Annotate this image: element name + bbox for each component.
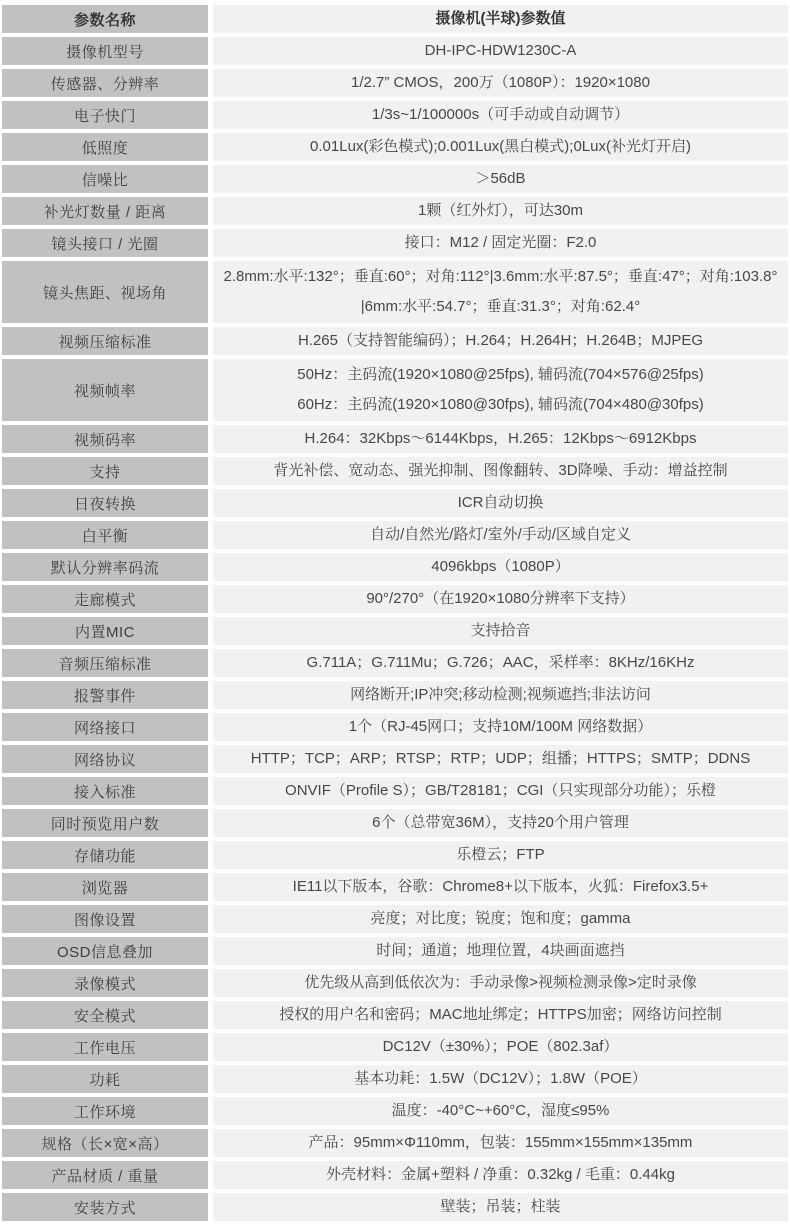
table-row: 日夜转换 ICR自动切换 [2,489,788,517]
table-row: 存储功能 乐橙云；FTP [2,841,788,869]
param-name-cell: 工作环境 [2,1097,208,1125]
table-row: 镜头接口 / 光圈 接口：M12 / 固定光圈：F2.0 [2,229,788,257]
table-row: 补光灯数量 / 距离 1颗（红外灯），可达30m [2,197,788,225]
param-name-cell: 视频帧率 [2,359,208,421]
table-row: 视频码率 H.264：32Kbps～6144Kbps，H.265：12Kbps～… [2,425,788,453]
param-value-cell: 基本功耗：1.5W（DC12V）；1.8W（POE） [213,1065,788,1093]
param-value-cell: 支持拾音 [213,617,788,645]
table-row: 浏览器 IE11以下版本，谷歌：Chrome8+以下版本，火狐：Firefox3… [2,873,788,901]
param-name-cell: 低照度 [2,133,208,161]
param-name-cell: 内置MIC [2,617,208,645]
table-row: 走廊模式 90°/270°（在1920×1080分辨率下支持） [2,585,788,613]
param-value-cell: 1个（RJ-45网口；支持10M/100M 网络数据） [213,713,788,741]
param-name-cell: 规格（长×宽×高） [2,1129,208,1157]
param-name-cell: 信噪比 [2,165,208,193]
table-row: 网络协议 HTTP；TCP；ARP；RTSP；RTP；UDP；组播；HTTPS；… [2,745,788,773]
table-row: 摄像机型号 DH-IPC-HDW1230C-A [2,37,788,65]
param-value-cell: 壁装；吊装；柱装 [213,1193,788,1221]
param-name-cell: 浏览器 [2,873,208,901]
param-value-cell: 1/3s~1/100000s（可手动或自动调节） [213,101,788,129]
table-row: 镜头焦距、视场角 2.8mm:水平:132°；垂直:60°；对角:112°|3.… [2,261,788,323]
table-row: 低照度 0.01Lux(彩色模式);0.001Lux(黑白模式);0Lux(补光… [2,133,788,161]
param-value-cell: 授权的用户名和密码；MAC地址绑定；HTTPS加密；网络访问控制 [213,1001,788,1029]
param-name-cell: 电子快门 [2,101,208,129]
param-name-cell: 补光灯数量 / 距离 [2,197,208,225]
param-name-cell: 存储功能 [2,841,208,869]
table-row: 报警事件 网络断开;IP冲突;移动检测;视频遮挡;非法访问 [2,681,788,709]
param-value-cell: 温度：-40°C~+60°C，湿度≤95% [213,1097,788,1125]
table-row: 视频压缩标准 H.265（支持智能编码）；H.264；H.264H；H.264B… [2,327,788,355]
table-row: 同时预览用户数 6个（总带宽36M），支持20个用户管理 [2,809,788,837]
param-name-cell: 产品材质 / 重量 [2,1161,208,1189]
param-value-cell: 自动/自然光/路灯/室外/手动/区域自定义 [213,521,788,549]
param-value-cell: HTTP；TCP；ARP；RTSP；RTP；UDP；组播；HTTPS；SMTP；… [213,745,788,773]
table-row: 接入标准 ONVIF（Profile S）；GB/T28181；CGI（只实现部… [2,777,788,805]
table-row: 安装方式 壁装；吊装；柱装 [2,1193,788,1221]
table-row: OSD信息叠加 时间；通道；地理位置，4块画面遮挡 [2,937,788,965]
param-value-cell: 90°/270°（在1920×1080分辨率下支持） [213,585,788,613]
param-value-cell: 2.8mm:水平:132°；垂直:60°；对角:112°|3.6mm:水平:87… [213,261,788,323]
param-name-cell: 接入标准 [2,777,208,805]
table-row: 支持 背光补偿、宽动态、强光抑制、图像翻转、3D降噪、手动：增益控制 [2,457,788,485]
table-row: 录像模式 优先级从高到低依次为：手动录像>视频检测录像>定时录像 [2,969,788,997]
param-value-cell: 乐橙云；FTP [213,841,788,869]
param-value-cell: 时间；通道；地理位置，4块画面遮挡 [213,937,788,965]
param-name-cell: 功耗 [2,1065,208,1093]
param-name-cell: 支持 [2,457,208,485]
table-row: 安全模式 授权的用户名和密码；MAC地址绑定；HTTPS加密；网络访问控制 [2,1001,788,1029]
param-value-cell: 1颗（红外灯），可达30m [213,197,788,225]
param-value-cell: 50Hz：主码流(1920×1080@25fps), 辅码流(704×576@2… [213,359,788,421]
param-value-cell: DC12V（±30%）；POE（802.3af） [213,1033,788,1061]
param-name-cell: 网络协议 [2,745,208,773]
camera-spec-table: 参数名称 摄像机(半球)参数值 摄像机型号 DH-IPC-HDW1230C-A … [0,0,790,1225]
param-name-cell: 同时预览用户数 [2,809,208,837]
header-param-value-cell: 摄像机(半球)参数值 [213,5,788,33]
table-row: 图像设置 亮度；对比度；锐度；饱和度；gamma [2,905,788,933]
param-value-cell: 优先级从高到低依次为：手动录像>视频检测录像>定时录像 [213,969,788,997]
table-row: 音频压缩标准 G.711A；G.711Mu；G.726；AAC，采样率：8KHz… [2,649,788,677]
param-name-cell: 走廊模式 [2,585,208,613]
param-value-cell: ONVIF（Profile S）；GB/T28181；CGI（只实现部分功能）；… [213,777,788,805]
param-value-cell: H.264：32Kbps～6144Kbps，H.265：12Kbps～6912K… [213,425,788,453]
param-value-cell: 产品：95mm×Φ110mm，包装：155mm×155mm×135mm [213,1129,788,1157]
param-value-cell: 亮度；对比度；锐度；饱和度；gamma [213,905,788,933]
param-name-cell: 录像模式 [2,969,208,997]
param-name-cell: 安全模式 [2,1001,208,1029]
table-row: 规格（长×宽×高） 产品：95mm×Φ110mm，包装：155mm×155mm×… [2,1129,788,1157]
table-row: 工作电压 DC12V（±30%）；POE（802.3af） [2,1033,788,1061]
param-name-cell: 白平衡 [2,521,208,549]
param-value-cell: 0.01Lux(彩色模式);0.001Lux(黑白模式);0Lux(补光灯开启) [213,133,788,161]
param-value-cell: DH-IPC-HDW1230C-A [213,37,788,65]
param-value-cell: 1/2.7” CMOS，200万（1080P）：1920×1080 [213,69,788,97]
param-value-cell: G.711A；G.711Mu；G.726；AAC，采样率：8KHz/16KHz [213,649,788,677]
param-value-cell: H.265（支持智能编码）；H.264；H.264H；H.264B；MJPEG [213,327,788,355]
param-name-cell: 日夜转换 [2,489,208,517]
table-row: 产品材质 / 重量 外壳材料：金属+塑料 / 净重：0.32kg / 毛重：0.… [2,1161,788,1189]
param-name-cell: 工作电压 [2,1033,208,1061]
param-name-cell: 网络接口 [2,713,208,741]
param-name-cell: 摄像机型号 [2,37,208,65]
table-row: 功耗 基本功耗：1.5W（DC12V）；1.8W（POE） [2,1065,788,1093]
param-value-cell: ICR自动切换 [213,489,788,517]
param-name-cell: 镜头焦距、视场角 [2,261,208,323]
param-value-cell: 背光补偿、宽动态、强光抑制、图像翻转、3D降噪、手动：增益控制 [213,457,788,485]
table-header-row: 参数名称 摄像机(半球)参数值 [2,5,788,33]
param-name-cell: 默认分辨率码流 [2,553,208,581]
param-value-cell: ＞56dB [213,165,788,193]
param-value-cell: IE11以下版本，谷歌：Chrome8+以下版本，火狐：Firefox3.5+ [213,873,788,901]
table-row: 工作环境 温度：-40°C~+60°C，湿度≤95% [2,1097,788,1125]
param-name-cell: 安装方式 [2,1193,208,1221]
table-row: 视频帧率 50Hz：主码流(1920×1080@25fps), 辅码流(704×… [2,359,788,421]
param-value-cell: 外壳材料：金属+塑料 / 净重：0.32kg / 毛重：0.44kg [213,1161,788,1189]
param-value-cell: 6个（总带宽36M），支持20个用户管理 [213,809,788,837]
param-name-cell: 视频压缩标准 [2,327,208,355]
table-row: 白平衡 自动/自然光/路灯/室外/手动/区域自定义 [2,521,788,549]
table-row: 电子快门 1/3s~1/100000s（可手动或自动调节） [2,101,788,129]
param-value-cell: 接口：M12 / 固定光圈：F2.0 [213,229,788,257]
param-value-cell: 网络断开;IP冲突;移动检测;视频遮挡;非法访问 [213,681,788,709]
header-param-name-cell: 参数名称 [2,5,208,33]
table-row: 默认分辨率码流 4096kbps（1080P） [2,553,788,581]
param-name-cell: 镜头接口 / 光圈 [2,229,208,257]
param-name-cell: 视频码率 [2,425,208,453]
table-row: 内置MIC 支持拾音 [2,617,788,645]
param-name-cell: 音频压缩标准 [2,649,208,677]
param-name-cell: 传感器、分辨率 [2,69,208,97]
param-value-cell: 4096kbps（1080P） [213,553,788,581]
param-name-cell: 报警事件 [2,681,208,709]
param-name-cell: OSD信息叠加 [2,937,208,965]
param-name-cell: 图像设置 [2,905,208,933]
table-row: 网络接口 1个（RJ-45网口；支持10M/100M 网络数据） [2,713,788,741]
table-row: 传感器、分辨率 1/2.7” CMOS，200万（1080P）：1920×108… [2,69,788,97]
table-row: 信噪比 ＞56dB [2,165,788,193]
